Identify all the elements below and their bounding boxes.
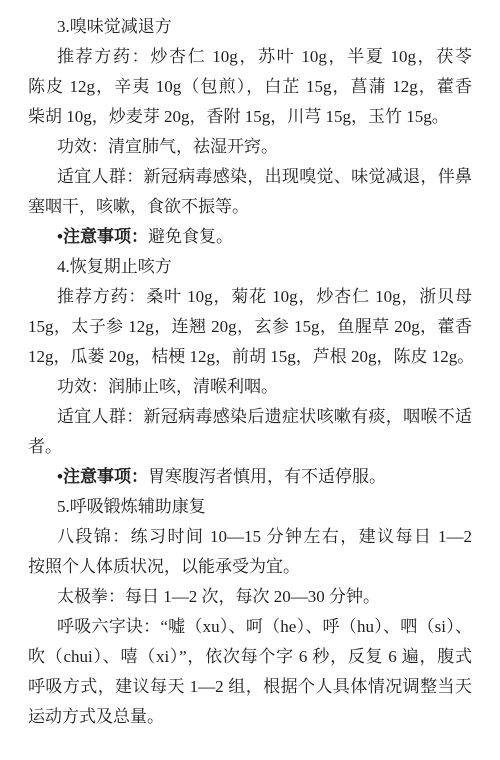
section-3-efficacy: 功效：清宣肺气，祛湿开窍。 xyxy=(28,132,472,162)
text-line: 八段锦：练习时间 10—15 分钟左右，建议每日 1—2 次， xyxy=(28,522,472,552)
text-line: 者。 xyxy=(28,432,472,462)
text-line: 太极拳：每日 1—2 次，每次 20—30 分钟。 xyxy=(28,582,472,612)
heading-line: 4.恢复期止咳方 xyxy=(28,252,472,282)
text-line: 15g，太子参 12g，连翘 20g，玄参 15g，鱼腥草 20g，藿香 xyxy=(28,312,472,342)
text-line: 陈皮 12g，辛夷 10g（包煎），白芷 15g，菖蒲 12g，藿香 12g， xyxy=(28,72,472,102)
section-4-recommended-formula: 推荐方药：桑叶 10g，菊花 10g，炒杏仁 10g，浙贝母 15g，太子参 1… xyxy=(28,282,472,372)
section-4-precautions-note: •注意事项：胃寒腹泻者慎用，有不适停服。 xyxy=(28,462,472,492)
section-4-suitable-population: 适宜人群：新冠病毒感染后遗症状咳嗽有痰，咽喉不适 者。 xyxy=(28,402,472,462)
section-4-heading: 4.恢复期止咳方 xyxy=(28,252,472,282)
section-3-recommended-formula: 推荐方药：炒杏仁 10g，苏叶 10g，半夏 10g，茯苓 15g， 陈皮 12… xyxy=(28,42,472,132)
text-line: 推荐方药：桑叶 10g，菊花 10g，炒杏仁 10g，浙贝母 xyxy=(28,282,472,312)
text-line: 按照个人体质状况，以能承受为宜。 xyxy=(28,552,472,582)
text-line: 呼吸六字诀：“嘘（xu）、呵（he）、呼（hu）、呬（si）、 xyxy=(28,612,472,642)
text-line: 12g，瓜蒌 20g，桔梗 12g，前胡 15g，芦根 20g，陈皮 12g。 xyxy=(28,342,472,372)
precautions-text: 避免食复。 xyxy=(148,227,233,246)
text-line: 适宜人群：新冠病毒感染，出现嗅觉、味觉减退，伴鼻 xyxy=(28,162,472,192)
text-line: 功效：润肺止咳，清喉利咽。 xyxy=(28,372,472,402)
section-3-precautions-note: •注意事项：避免食复。 xyxy=(28,222,472,252)
heading-line: 5.呼吸锻炼辅助康复 xyxy=(28,492,472,522)
document-page: 3.嗅味觉减退方 推荐方药：炒杏仁 10g，苏叶 10g，半夏 10g，茯苓 1… xyxy=(0,0,500,760)
text-line: •注意事项：胃寒腹泻者慎用，有不适停服。 xyxy=(28,462,472,492)
text-line: 推荐方药：炒杏仁 10g，苏叶 10g，半夏 10g，茯苓 15g， xyxy=(28,42,472,72)
text-line: 功效：清宣肺气，祛湿开窍。 xyxy=(28,132,472,162)
precautions-label: •注意事项： xyxy=(57,467,148,486)
section-5-six-healing-sounds: 呼吸六字诀：“嘘（xu）、呵（he）、呼（hu）、呬（si）、 吹（chui）、… xyxy=(28,612,472,732)
text-line: 运动方式及总量。 xyxy=(28,702,472,732)
text-line: •注意事项：避免食复。 xyxy=(28,222,472,252)
text-line: 柴胡 10g，炒麦芽 20g，香附 15g，川芎 15g，玉竹 15g。 xyxy=(28,102,472,132)
precautions-label: •注意事项： xyxy=(57,227,148,246)
text-line: 呼吸方式，建议每天 1—2 组，根据个人具体情况调整当天 xyxy=(28,672,472,702)
section-5-taijiquan: 太极拳：每日 1—2 次，每次 20—30 分钟。 xyxy=(28,582,472,612)
text-line: 塞咽干，咳嗽，食欲不振等。 xyxy=(28,192,472,222)
section-5-baduanjin: 八段锦：练习时间 10—15 分钟左右，建议每日 1—2 次， 按照个人体质状况… xyxy=(28,522,472,582)
precautions-text: 胃寒腹泻者慎用，有不适停服。 xyxy=(148,467,386,486)
section-5-heading: 5.呼吸锻炼辅助康复 xyxy=(28,492,472,522)
section-3-heading: 3.嗅味觉减退方 xyxy=(28,12,472,42)
section-3-suitable-population: 适宜人群：新冠病毒感染，出现嗅觉、味觉减退，伴鼻 塞咽干，咳嗽，食欲不振等。 xyxy=(28,162,472,222)
section-4-efficacy: 功效：润肺止咳，清喉利咽。 xyxy=(28,372,472,402)
heading-line: 3.嗅味觉减退方 xyxy=(28,12,472,42)
text-line: 吹（chui）、嘻（xi）”，依次每个字 6 秒，反复 6 遍，腹式 xyxy=(28,642,472,672)
text-line: 适宜人群：新冠病毒感染后遗症状咳嗽有痰，咽喉不适 xyxy=(28,402,472,432)
